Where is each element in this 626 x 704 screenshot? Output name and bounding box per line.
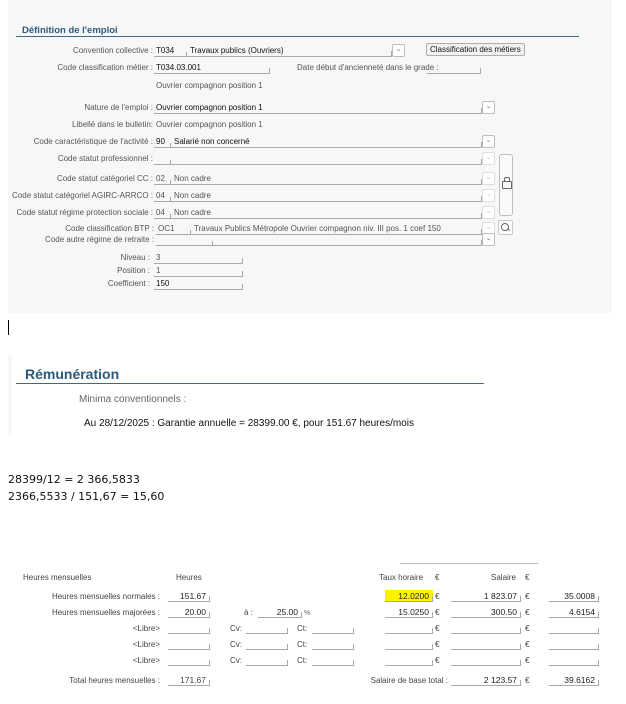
libelle-bulletin-value: Ouvrier compagnon position 1 [156, 120, 263, 129]
heures-input[interactable]: 151.67 [168, 590, 210, 602]
salaire-total-value: 2 123.57 [451, 674, 521, 686]
total-heures-value: 171.67 [168, 674, 210, 686]
convention-code: T034 [156, 46, 174, 55]
statut-cc-field[interactable]: 02 Non cadre [154, 172, 482, 185]
statut-protection-label: Code statut régime protection sociale : [16, 208, 153, 217]
convention-field[interactable]: T034 Travaux publics (Ouvriers) [154, 44, 392, 57]
code-metier-label: Code classification métier : [57, 63, 153, 72]
convention-label: Convention collective : [73, 46, 153, 55]
col-salaire-header: Salaire [491, 573, 516, 582]
top-strip [8, 0, 612, 8]
extra-value [549, 638, 599, 650]
coefficient-label: Coefficient : [108, 279, 150, 288]
salaire-input[interactable] [451, 638, 521, 650]
statut-cc-dropdown[interactable]: ⌄ [482, 172, 495, 185]
position-label: Position : [117, 266, 150, 275]
convention-name: Travaux publics (Ouvriers) [190, 46, 284, 55]
cv-label: Cv: [230, 656, 242, 665]
salaire-total-label: Salaire de base total : [371, 676, 448, 685]
salaire-currency: € [525, 655, 530, 665]
ct-label: Ct: [297, 624, 307, 633]
definition-title-underline [16, 36, 579, 37]
col-taux-currency: € [435, 573, 439, 582]
salaire-input[interactable]: 1 823.07 [451, 590, 521, 602]
col-heures-header: Heures [176, 573, 202, 582]
heures-input[interactable] [168, 638, 210, 650]
cv-input[interactable] [246, 638, 288, 650]
autre-retraite-label: Code autre régime de retraite : [45, 235, 154, 244]
salaire-total-currency: € [525, 675, 530, 685]
statut-pro-field[interactable] [154, 152, 482, 165]
code-metier-field[interactable]: T034.03.001 [154, 61, 270, 74]
ct-label: Ct: [297, 656, 307, 665]
heures-input[interactable]: 20.00 [168, 606, 210, 618]
statut-protection-field[interactable]: 04 Non cadre [154, 206, 482, 219]
taux-currency: € [435, 623, 440, 633]
salaire-currency: € [525, 623, 530, 633]
row-label: <Libre> [133, 624, 160, 633]
statut-cc-label: Code statut catégoriel CC : [57, 174, 153, 183]
taux-currency: € [435, 591, 440, 601]
minima-label: Minima conventionnels : [79, 394, 186, 405]
row-label: <Libre> [133, 656, 160, 665]
lock-button[interactable] [499, 154, 513, 216]
taux-horaire-input[interactable]: 12.0200 [385, 590, 433, 602]
classification-btp-label: Code classification BTP : [65, 224, 154, 233]
salaire-input[interactable] [451, 654, 521, 666]
statut-agirc-field[interactable]: 04 Non cadre [154, 189, 482, 202]
salaire-currency: € [525, 591, 530, 601]
heures-input[interactable] [168, 622, 210, 634]
convention-dropdown[interactable]: ⌄ [392, 44, 405, 57]
statut-pro-dropdown[interactable]: ⌄ [482, 152, 495, 165]
taux-currency: € [435, 607, 440, 617]
total-heures-label: Total heures mensuelles : [69, 676, 160, 685]
a-label: à : [244, 608, 253, 617]
calculation-note-2: 2366,5533 / 151,67 = 15,60 [8, 490, 164, 503]
cv-input[interactable] [246, 654, 288, 666]
niveau-label: Niveau : [121, 253, 150, 262]
taux-horaire-input[interactable] [385, 638, 433, 650]
cv-label: Cv: [230, 624, 242, 633]
statut-protection-dropdown[interactable]: ⌄ [482, 206, 495, 219]
extra-total-value: 39.6162 [549, 674, 599, 686]
extra-value [549, 654, 599, 666]
row-label: Heures mensuelles normales : [52, 592, 160, 601]
remuneration-title: Rémunération [25, 366, 119, 382]
text-cursor [8, 320, 9, 335]
code-activite-label: Code caractéristique de l'activité : [34, 137, 153, 146]
lock-icon [502, 181, 512, 189]
salaire-currency: € [525, 607, 530, 617]
extra-value: 35.0008 [549, 590, 599, 602]
ct-input[interactable] [312, 638, 354, 650]
cv-label: Cv: [230, 640, 242, 649]
nature-emploi-field[interactable]: Ouvrier compagnon position 1 [154, 101, 482, 114]
salaire-input[interactable]: 300.50 [451, 606, 521, 618]
code-metier-caption: Ouvrier compagnon position 1 [156, 81, 263, 90]
cv-input[interactable] [246, 622, 288, 634]
libelle-bulletin-label: Libellé dans le bulletin: [72, 120, 153, 129]
nature-emploi-label: Nature de l'emploi : [84, 103, 153, 112]
col-taux-header: Taux horaire [379, 573, 423, 582]
taux-horaire-input[interactable] [385, 654, 433, 666]
autre-retraite-dropdown[interactable]: ⌄ [482, 233, 495, 246]
majoration-input[interactable]: 25.00 [258, 606, 302, 618]
statut-agirc-label: Code statut catégoriel AGIRC-ARRCO : [12, 191, 153, 200]
ct-label: Ct: [297, 640, 307, 649]
remuneration-underline [16, 383, 484, 384]
extra-value: 4.6154 [549, 606, 599, 618]
extra-value [549, 622, 599, 634]
autre-retraite-field[interactable] [156, 233, 482, 246]
taux-horaire-input[interactable] [385, 622, 433, 634]
taux-currency: € [435, 655, 440, 665]
definition-title: Définition de l'emploi [22, 25, 118, 36]
search-button[interactable] [498, 220, 513, 235]
salaire-currency: € [525, 639, 530, 649]
ct-input[interactable] [312, 654, 354, 666]
nature-emploi-dropdown[interactable]: ⌄ [482, 101, 495, 114]
date-anciennete-label: Date début d'ancienneté dans le grade : [297, 63, 439, 72]
coefficient-field[interactable]: 150 [154, 277, 243, 290]
date-anciennete-field[interactable] [427, 61, 481, 74]
minima-text: Au 28/12/2025 : Garantie annuelle = 2839… [84, 418, 414, 429]
code-activite-dropdown[interactable]: ⌄ [482, 135, 495, 148]
percent-sign: % [304, 610, 310, 617]
niveau-field[interactable]: 3 [154, 251, 243, 264]
calculation-note-1: 28399/12 = 2 366,5833 [8, 473, 140, 486]
code-activite-field[interactable]: 90 Salarié non concerné [154, 135, 482, 148]
position-field[interactable]: 1 [154, 264, 243, 277]
row-label: <Libre> [133, 640, 160, 649]
statut-agirc-dropdown[interactable]: ⌄ [482, 189, 495, 202]
classification-metiers-button[interactable]: Classification des métiers [426, 43, 525, 56]
table-top-rule [400, 563, 538, 564]
salaire-input[interactable] [451, 622, 521, 634]
heures-section-label: Heures mensuelles [23, 573, 91, 582]
heures-input[interactable] [168, 654, 210, 666]
col-salaire-currency: € [525, 573, 529, 582]
ct-input[interactable] [312, 622, 354, 634]
taux-currency: € [435, 639, 440, 649]
taux-horaire-input[interactable]: 15.0250 [385, 606, 433, 618]
row-label: Heures mensuelles majorées : [52, 608, 160, 617]
statut-pro-label: Code statut professionnel : [58, 154, 153, 163]
